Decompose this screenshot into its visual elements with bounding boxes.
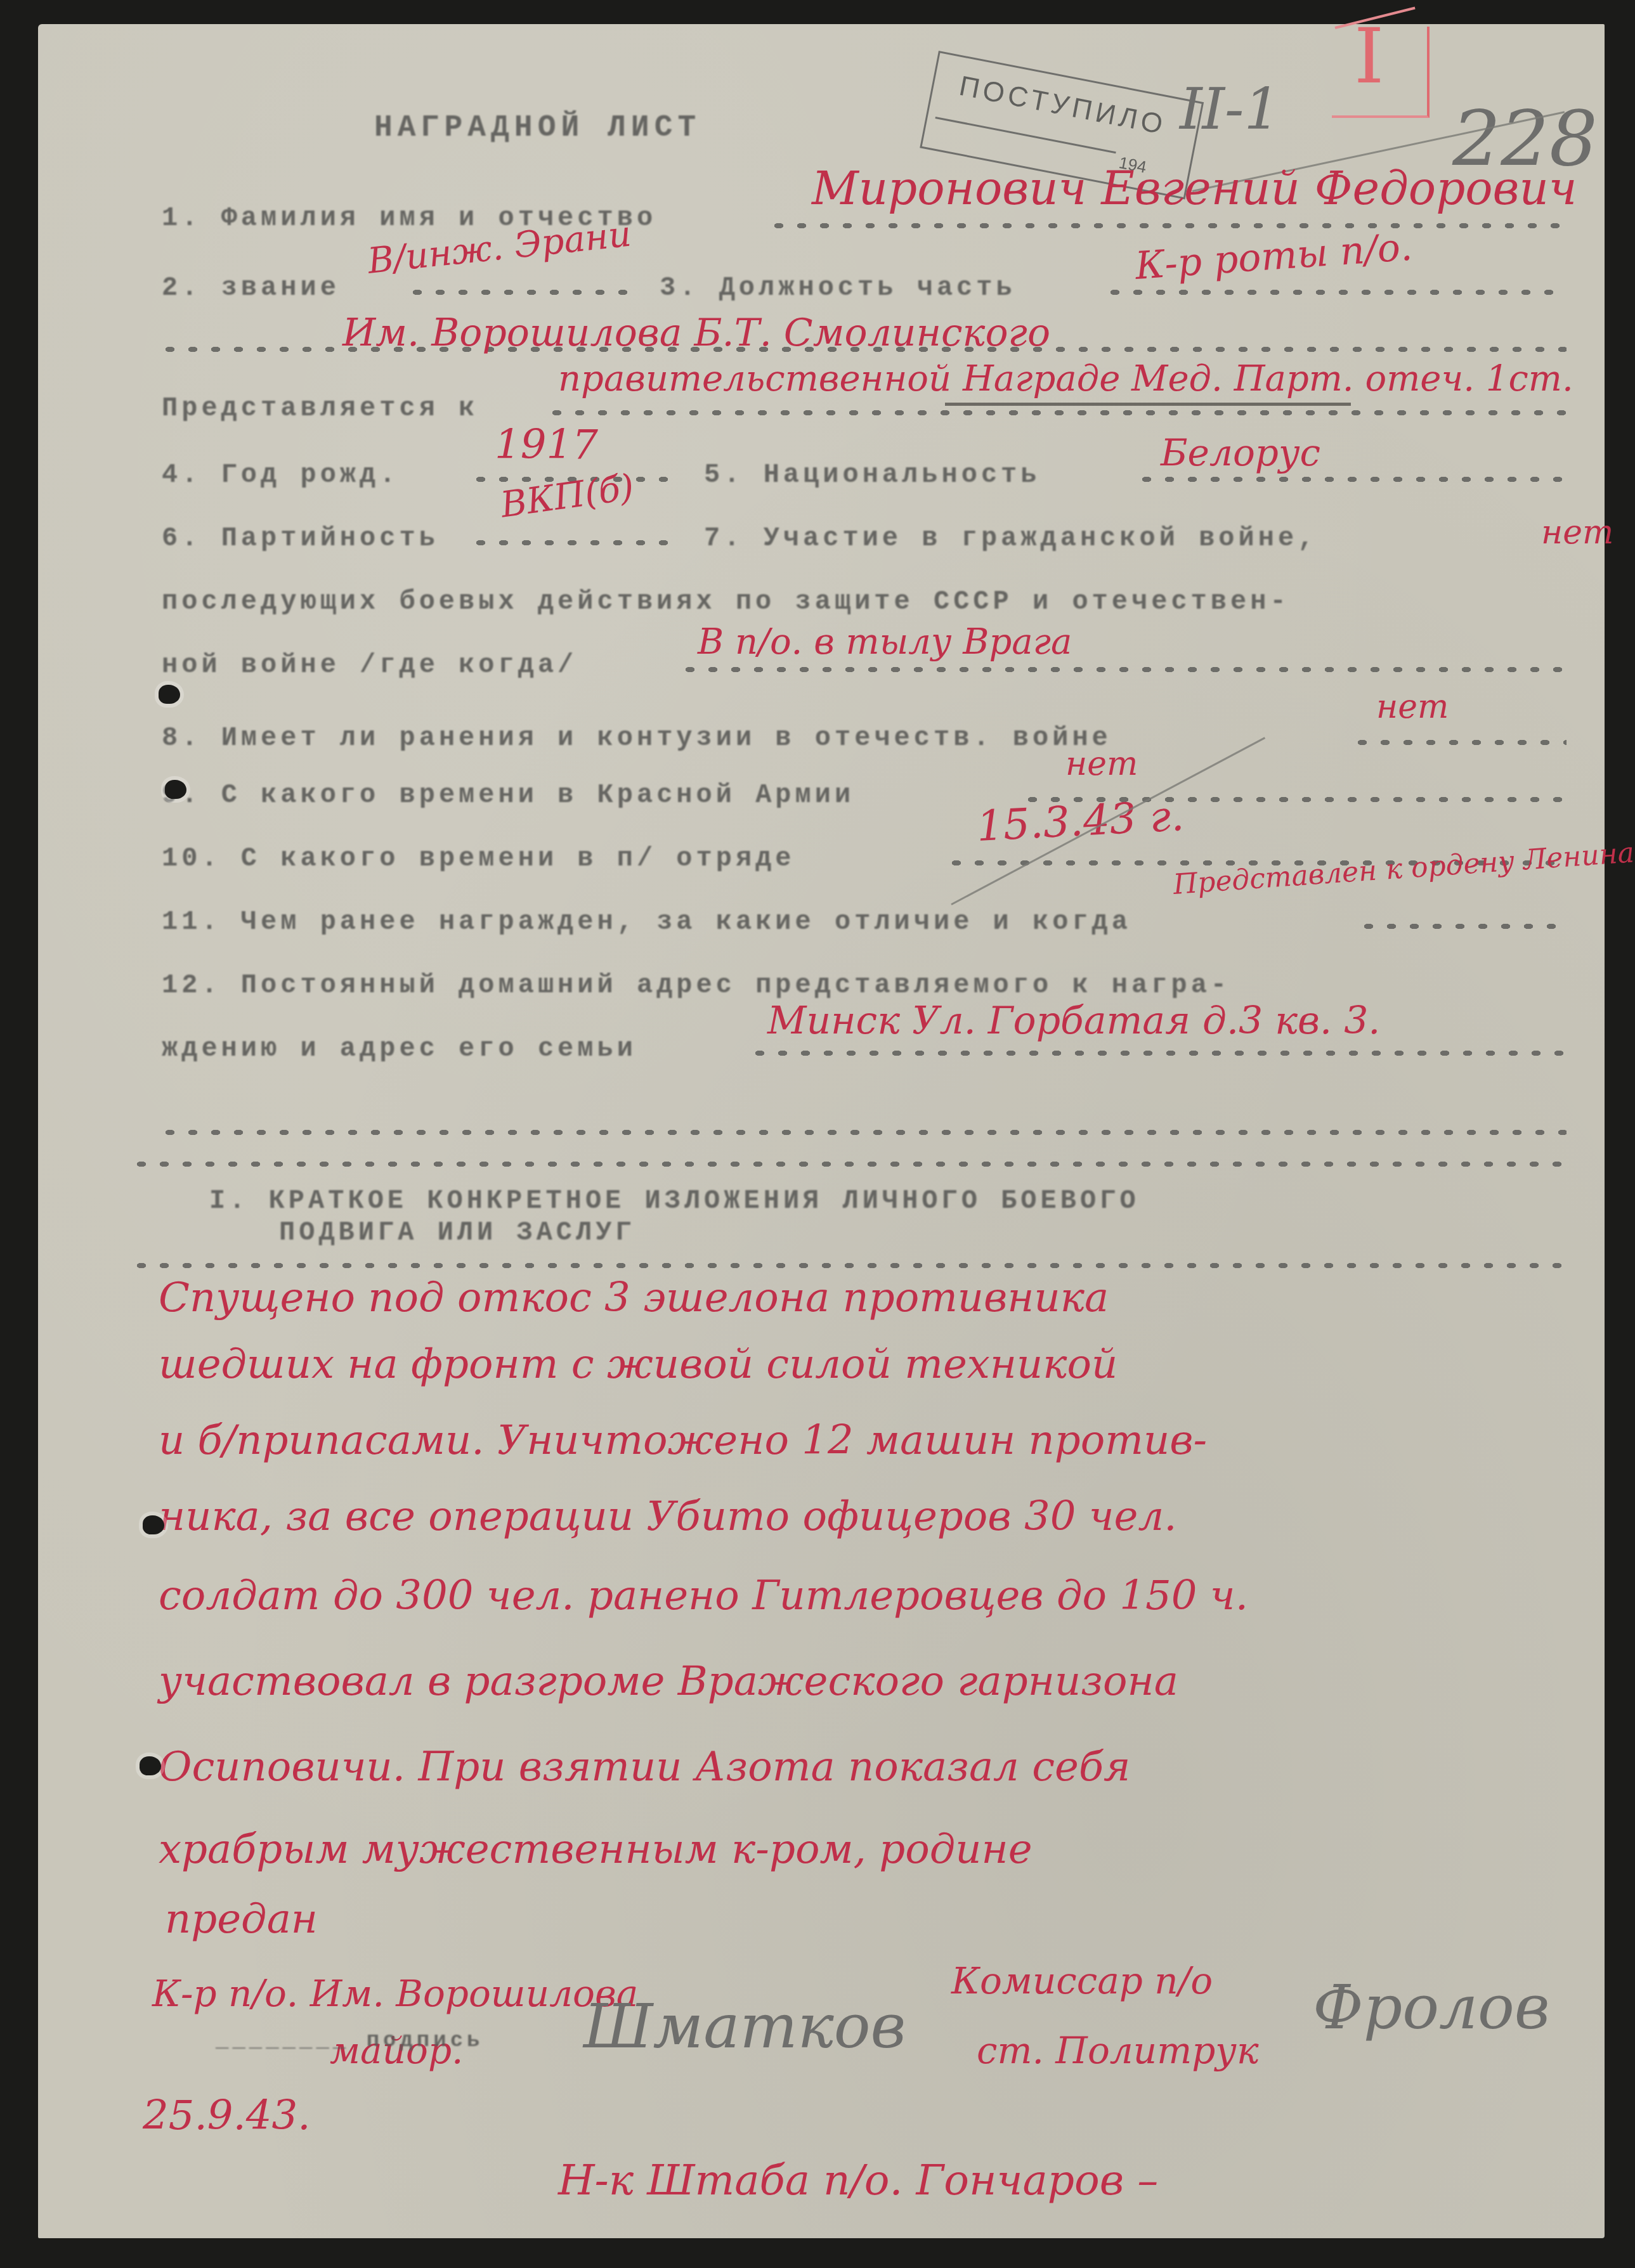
field-4-label: 4. Год рожд. <box>162 460 399 490</box>
commander-signature: Шматков <box>583 1991 906 2062</box>
field-10-label: 10. С какого времени в п/ отряде <box>162 843 795 874</box>
chief-of-staff-signature: Н-к Штаба п/о. Гончаров – <box>558 2156 1158 2205</box>
field-11-line <box>1357 923 1567 930</box>
separator-line-1 <box>159 1129 1567 1136</box>
presented-for-value: правительственной Награде Мед. Парт. оте… <box>558 358 1573 399</box>
pencil-underline <box>945 403 1351 406</box>
commander-title: К-р п/о. Им. Ворошилова <box>152 1972 638 2015</box>
field-12-line <box>748 1049 1567 1057</box>
field-1-line <box>767 222 1567 230</box>
field-5-line <box>1135 476 1567 483</box>
field-5-value: Белорус <box>1161 431 1320 474</box>
field-7-value: нет <box>1541 514 1613 552</box>
commissar-rank: ст. Политрук <box>977 2029 1259 2072</box>
field-3-label: 3. Должность часть <box>660 273 1016 303</box>
section-heading: I. КРАТКОЕ КОНКРЕТНОЕ ИЗЛОЖЕНИЯ ЛИЧНОГО … <box>209 1186 1140 1216</box>
field-12-label-cont: ждению и адрес его семьи <box>162 1034 637 1064</box>
field-6-line <box>469 539 672 547</box>
field-2-label: 2. звание <box>162 273 340 303</box>
punch-hole <box>165 780 186 799</box>
narrative-line-2: шедших на фронт с живой силой техникой <box>159 1341 1117 1388</box>
field-9-label: 9. С какого времени в Красной Армии <box>162 780 854 810</box>
narrative-line-9: предан <box>165 1896 318 1943</box>
field-8-label: 8. Имеет ли ранения и контузии в отечест… <box>162 723 1112 753</box>
field-11-label: 11. Чем ранее награжден, за какие отличи… <box>162 907 1131 937</box>
signature-date: 25.9.43. <box>143 2092 311 2139</box>
field-12-label: 12. Постоянный домашний адрес представля… <box>162 970 1230 1001</box>
field-7-where-value: В п/о. в тылу Врага <box>698 621 1072 663</box>
section-heading-cont: ПОДВИГА ИЛИ ЗАСЛУГ <box>279 1217 635 1248</box>
presented-for-label: Представляется к <box>162 393 478 424</box>
narrative-line-6: участвовал в разгроме Вражеского гарнизо… <box>159 1658 1178 1705</box>
field-8-value: нет <box>1376 688 1449 726</box>
pencil-ref-mark: II-1 <box>1180 76 1280 143</box>
field-3-line <box>1104 288 1567 296</box>
field-5-label: 5. Национальность <box>704 460 1041 490</box>
narrative-line-8: храбрым мужественным к-ром, родине <box>159 1826 1032 1873</box>
separator-line-2 <box>130 1160 1567 1168</box>
field-2-line <box>406 288 634 296</box>
presented-for-line <box>545 409 1567 417</box>
signature-typed-line: ________ подпись <box>216 2029 483 2053</box>
field-7-label-cont: последующих боевых действиях по защите С… <box>162 586 1290 617</box>
separator-line-3 <box>130 1262 1567 1269</box>
narrative-line-1: Спущено под откос 3 эшелона противника <box>159 1274 1109 1321</box>
document-title: НАГРАДНОЙ ЛИСТ <box>374 111 701 145</box>
field-7-line <box>679 666 1567 673</box>
red-roman-numeral: I <box>1354 13 1384 101</box>
field-4-value: 1917 <box>495 422 598 469</box>
punch-hole <box>140 1756 161 1775</box>
punch-hole <box>143 1515 164 1534</box>
field-7-label-where: ной войне /где когда/ <box>162 650 577 680</box>
narrative-line-3: и б/припасами. Уничтожено 12 машин проти… <box>159 1417 1207 1464</box>
unit-value: Им. Ворошилова Б.Т. Смолинского <box>342 311 1050 355</box>
narrative-line-4: ника, за все операции Убито офицеров 30 … <box>159 1493 1176 1540</box>
field-1-value: Миронович Евгений Федорович <box>812 162 1577 215</box>
narrative-line-5: солдат до 300 чел. ранено Гитлеровцев до… <box>159 1572 1248 1619</box>
narrative-line-7: Осиповичи. При взятии Азота показал себя <box>159 1744 1130 1791</box>
punch-hole <box>159 685 180 704</box>
field-7-label: 7. Участие в гражданской войне, <box>704 523 1317 554</box>
field-8-line <box>1351 739 1567 746</box>
field-12-value: Минск Ул. Горбатая д.3 кв. 3. <box>767 999 1380 1043</box>
commissar-title: Комиссар п/о <box>951 1959 1213 2002</box>
field-9-value: нет <box>1065 745 1138 783</box>
commissar-signature: Фролов <box>1313 1972 1550 2043</box>
field-6-label: 6. Партийность <box>162 523 439 554</box>
